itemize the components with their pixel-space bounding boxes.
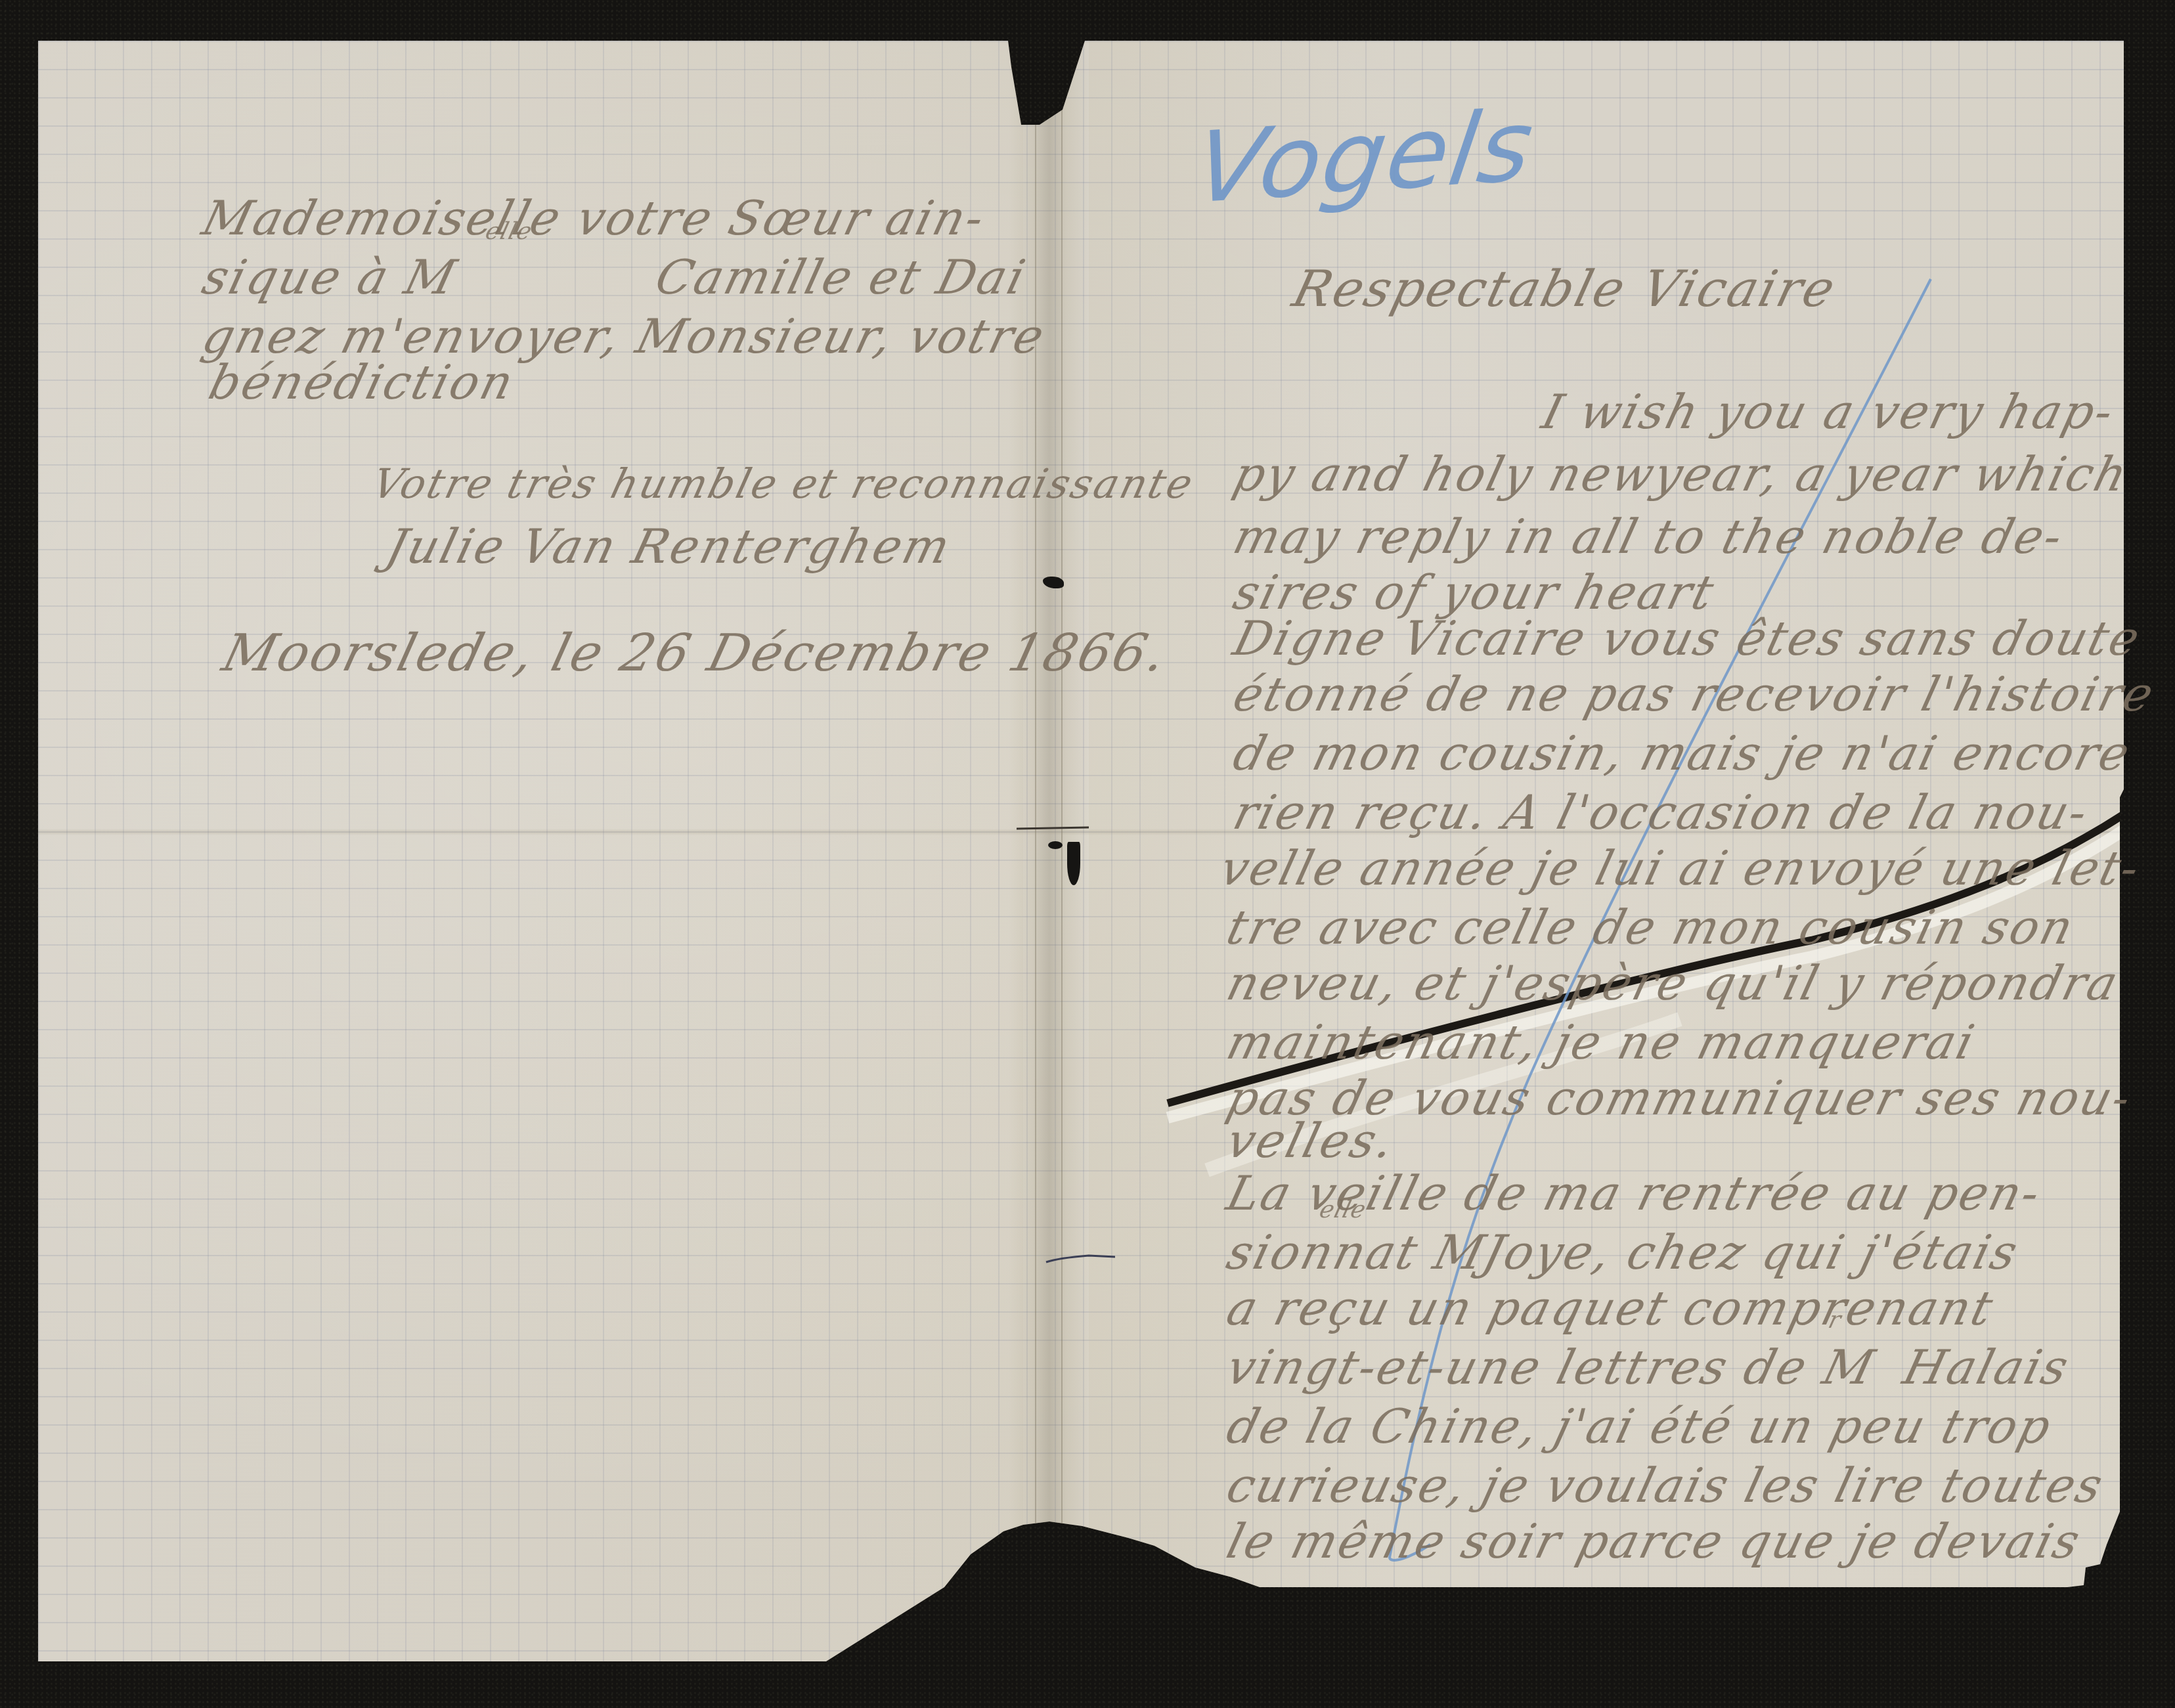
tear-hole (1067, 842, 1080, 885)
fold-crease (1061, 41, 1063, 1663)
right-line-5: Digne Vicaire vous êtes sans doute (1228, 611, 2147, 666)
tear-hole (1043, 577, 1064, 588)
fold-crease (1035, 41, 1036, 1663)
left-line-4: bénédiction (204, 355, 521, 410)
right-line-12: maintenant, je ne manquerai (1221, 1015, 1981, 1070)
right-line-1: I wish you a very hap- (1537, 384, 2120, 439)
right-line-9: velle année je lui ai envoyé une let- (1215, 841, 2147, 896)
salutation: Respectable Vicaire (1287, 259, 1843, 318)
right-line-19: de la Chine, j'ai été un peu trop (1221, 1399, 2058, 1454)
right-line-21: le même soir parce que je devais (1221, 1514, 2087, 1569)
right-line-11: neveu, et j'espère qu'il y répondra (1221, 955, 2125, 1011)
right-line-8: rien reçu. A l'occasion de la nou- (1228, 785, 2095, 840)
tear-hole (1048, 841, 1063, 849)
right-line-2: py and holy newyear, a year which (1228, 447, 2134, 502)
dateline: Moorslede, le 26 Décembre 1866. (217, 624, 1174, 683)
right-line-10: tre avec celle de mon cousin son (1221, 900, 2080, 955)
right-line-6: étonné de ne pas recevoir l'histoire (1228, 667, 2161, 722)
right-line-17: a reçu un paquet comprenant (1221, 1281, 2000, 1336)
signature: Julie Van Renterghem (381, 519, 957, 574)
right-line-3: may reply in all to the noble de- (1228, 509, 2070, 564)
right-superscript-elle: elle (1317, 1196, 1369, 1223)
right-line-18b: Halais (1898, 1340, 2076, 1395)
right-line-7: de mon cousin, mais je n'ai encore (1228, 726, 2137, 781)
right-line-16a: sionnat M (1221, 1225, 1492, 1280)
right-line-18a: vingt-et-une lettres de M (1221, 1340, 1881, 1395)
left-line-1: Mademoiselle votre Sœur ain- (197, 190, 992, 246)
closing-line: Votre très humble et reconnaissante (368, 460, 1199, 508)
right-line-16b: Joye, chez qui j'étais (1478, 1225, 2025, 1280)
left-line-2a: sique à M (197, 250, 463, 305)
left-line-2b: Camille et Dai (650, 250, 1032, 305)
right-line-14: velles. (1221, 1113, 1401, 1168)
left-superscript-elle: elle (483, 218, 535, 245)
right-line-20: curieuse, je voulais les lire toutes (1221, 1458, 2110, 1513)
